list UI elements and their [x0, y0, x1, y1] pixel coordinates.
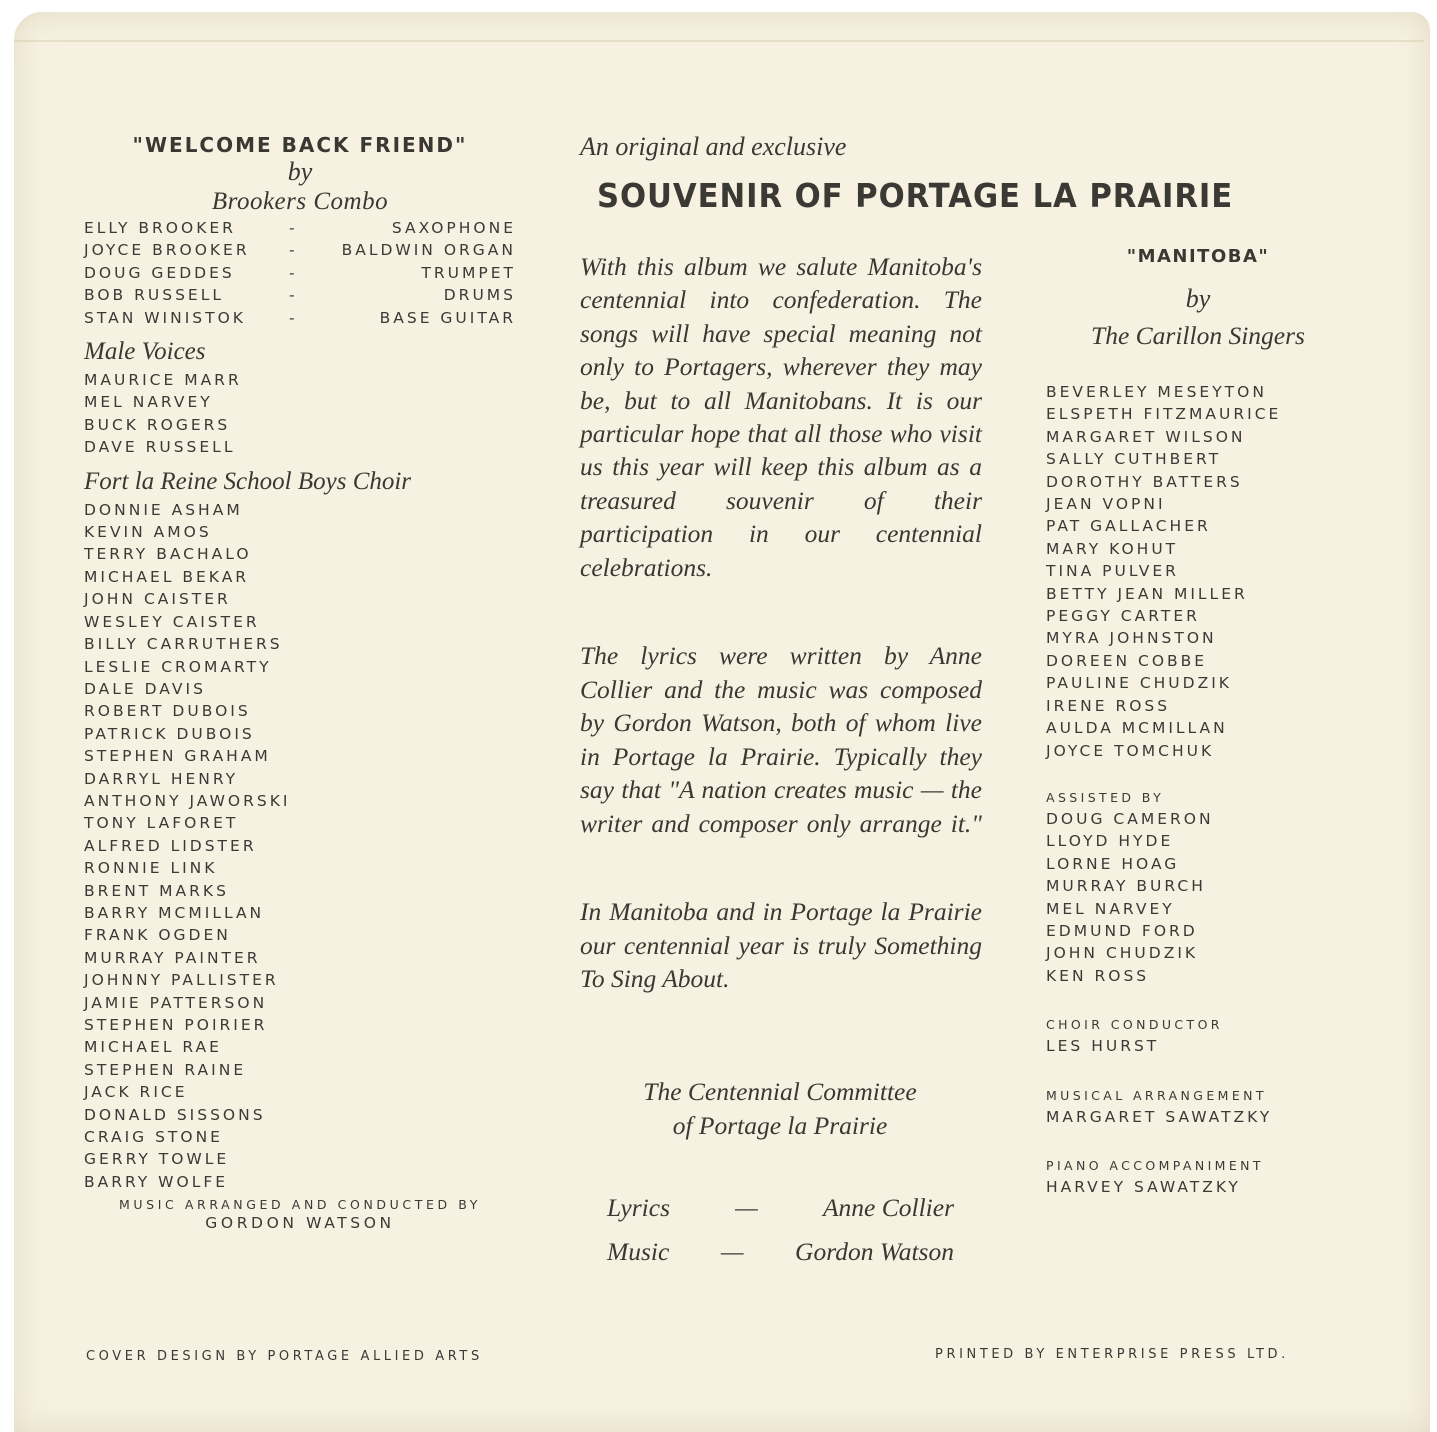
- list-item: EDMUND FORD: [1046, 920, 1336, 942]
- separator: -: [289, 239, 298, 261]
- separator: -: [289, 307, 298, 329]
- committee-line: The Centennial Committee: [580, 1075, 980, 1109]
- liner-notes: With this album we salute Manitoba's cen…: [580, 250, 982, 1018]
- list-item: MAURICE MARR: [84, 369, 516, 391]
- list-item: LORNE HOAG: [1046, 853, 1336, 875]
- list-item: MYRA JOHNSTON: [1046, 627, 1336, 649]
- list-item: BARRY WOLFE: [84, 1171, 516, 1193]
- credit-dash: —: [735, 1186, 758, 1230]
- list-item: BARRY McMILLAN: [84, 902, 516, 924]
- song-title-manitoba: "MANITOBA": [1060, 246, 1336, 267]
- list-item: MICHAEL RAE: [84, 1036, 516, 1058]
- arrangement-label: MUSICAL ARRANGEMENT: [1046, 1086, 1336, 1106]
- list-item: ELSPETH FITZMAURICE: [1046, 403, 1336, 425]
- songwriter-credits: Lyrics—Anne CollierMusic—Gordon Watson: [607, 1186, 954, 1274]
- liner-paragraph: The lyrics were written by Anne Collier …: [580, 639, 982, 873]
- list-item: FRANK OGDEN: [84, 924, 516, 946]
- member-instrument: SAXOPHONE: [298, 217, 516, 239]
- member-name: DOUG GEDDES: [84, 262, 289, 284]
- list-item: BUCK ROGERS: [84, 414, 516, 436]
- list-item: ALFRED LIDSTER: [84, 835, 516, 857]
- list-item: RONNIE LINK: [84, 857, 516, 879]
- list-item: CRAIG STONE: [84, 1126, 516, 1148]
- cover-design-credit: COVER DESIGN BY PORTAGE ALLIED ARTS: [86, 1349, 483, 1364]
- arranged-label: MUSIC ARRANGED AND CONDUCTED BY: [84, 1197, 516, 1212]
- list-item: ANTHONY JAWORSKI: [84, 790, 516, 812]
- credit-row: Lyrics—Anne Collier: [607, 1186, 954, 1230]
- band-member-row: DOUG GEDDES-TRUMPET: [84, 262, 516, 284]
- group-name: Brookers Combo: [84, 187, 516, 217]
- list-item: ROBERT DUBOIS: [84, 700, 516, 722]
- credit-name: Gordon Watson: [795, 1230, 954, 1274]
- list-item: GERRY TOWLE: [84, 1148, 516, 1170]
- male-voices-list: MAURICE MARRMEL NARVEYBUCK ROGERSDAVE RU…: [84, 369, 516, 459]
- list-item: STEPHEN RAINE: [84, 1059, 516, 1081]
- arrangement-name: MARGARET SAWATZKY: [1046, 1106, 1336, 1128]
- credit-dash: —: [721, 1230, 744, 1274]
- list-item: TINA PULVER: [1046, 560, 1336, 582]
- list-item: DONNIE ASHAM: [84, 499, 516, 521]
- list-item: WESLEY CAISTER: [84, 611, 516, 633]
- committee-signature: The Centennial Committee of Portage la P…: [580, 1075, 980, 1143]
- list-item: SALLY CUTHBERT: [1046, 448, 1336, 470]
- list-item: JOHN CAISTER: [84, 588, 516, 610]
- list-item: MARGARET WILSON: [1046, 426, 1336, 448]
- member-instrument: TRUMPET: [298, 262, 516, 284]
- committee-line: of Portage la Prairie: [580, 1109, 980, 1143]
- left-column-credits: "WELCOME BACK FRIEND" by Brookers Combo …: [84, 133, 516, 1234]
- list-item: STEPHEN POIRIER: [84, 1014, 516, 1036]
- band-member-row: STAN WINISTOK-BASE GUITAR: [84, 307, 516, 329]
- conductor-label: CHOIR CONDUCTOR: [1046, 1015, 1336, 1035]
- list-item: DARRYL HENRY: [84, 768, 516, 790]
- member-instrument: BALDWIN ORGAN: [298, 239, 516, 261]
- sleeve-fold-line: [14, 40, 1424, 42]
- list-item: JOHNNY PALLISTER: [84, 969, 516, 991]
- male-voices-title: Male Voices: [84, 335, 516, 369]
- list-item: MICHAEL BEKAR: [84, 566, 516, 588]
- list-item: KEVIN AMOS: [84, 521, 516, 543]
- list-item: JAMIE PATTERSON: [84, 992, 516, 1014]
- list-item: BRENT MARKS: [84, 880, 516, 902]
- list-item: PAULINE CHUDZIK: [1046, 672, 1336, 694]
- intro-text: An original and exclusive: [580, 132, 846, 162]
- conductor-name: LES HURST: [1046, 1035, 1336, 1057]
- member-instrument: BASE GUITAR: [298, 307, 516, 329]
- list-item: MEL NARVEY: [84, 391, 516, 413]
- printer-credit: PRINTED BY ENTERPRISE PRESS LTD.: [935, 1347, 1289, 1362]
- list-item: MURRAY PAINTER: [84, 947, 516, 969]
- list-item: MEL NARVEY: [1046, 898, 1336, 920]
- list-item: LESLIE CROMARTY: [84, 656, 516, 678]
- band-member-row: BOB RUSSELL-DRUMS: [84, 284, 516, 306]
- band-member-row: JOYCE BROOKER-BALDWIN ORGAN: [84, 239, 516, 261]
- list-item: BEVERLEY MESEYTON: [1046, 381, 1336, 403]
- credit-name: Anne Collier: [823, 1186, 954, 1230]
- member-name: STAN WINISTOK: [84, 307, 289, 329]
- list-item: DOUG CAMERON: [1046, 808, 1336, 830]
- credit-row: Music—Gordon Watson: [607, 1230, 954, 1274]
- member-name: ELLY BROOKER: [84, 217, 289, 239]
- list-item: DOROTHY BATTERS: [1046, 471, 1336, 493]
- assisted-label: ASSISTED BY: [1046, 788, 1336, 808]
- right-column-credits: "MANITOBA" by The Carillon Singers BEVER…: [1046, 246, 1336, 1198]
- list-item: DAVE RUSSELL: [84, 436, 516, 458]
- list-item: JOYCE TOMCHUK: [1046, 740, 1336, 762]
- list-item: PATRICK DUBOIS: [84, 723, 516, 745]
- arranged-name: GORDON WATSON: [84, 1212, 516, 1234]
- choir-member-list: DONNIE ASHAMKEVIN AMOSTERRY BACHALOMICHA…: [84, 499, 516, 1194]
- list-item: IRENE ROSS: [1046, 695, 1336, 717]
- separator: -: [289, 284, 298, 306]
- list-item: PAT GALLACHER: [1046, 515, 1336, 537]
- member-name: JOYCE BROOKER: [84, 239, 289, 261]
- member-instrument: DRUMS: [298, 284, 516, 306]
- liner-paragraph: In Manitoba and in Portage la Prairie ou…: [580, 895, 982, 995]
- list-item: PEGGY CARTER: [1046, 605, 1336, 627]
- list-item: TONY LAFORET: [84, 812, 516, 834]
- piano-name: HARVEY SAWATZKY: [1046, 1176, 1336, 1198]
- list-item: DALE DAVIS: [84, 678, 516, 700]
- list-item: DOREEN COBBE: [1046, 650, 1336, 672]
- list-item: AULDA McMILLAN: [1046, 717, 1336, 739]
- song-title-welcome-back-friend: "WELCOME BACK FRIEND": [84, 133, 516, 157]
- credit-role: Lyrics: [607, 1186, 670, 1230]
- list-item: BETTY JEAN MILLER: [1046, 583, 1336, 605]
- list-item: JEAN VOPNI: [1046, 493, 1336, 515]
- list-item: TERRY BACHALO: [84, 543, 516, 565]
- separator: -: [289, 217, 298, 239]
- list-item: LLOYD HYDE: [1046, 830, 1336, 852]
- by-label: by: [1060, 279, 1336, 319]
- piano-label: PIANO ACCOMPANIMENT: [1046, 1156, 1336, 1176]
- credit-role: Music: [607, 1230, 669, 1274]
- assisted-list: DOUG CAMERONLLOYD HYDELORNE HOAGMURRAY B…: [1046, 808, 1336, 987]
- page-title: SOUVENIR OF PORTAGE LA PRAIRIE: [597, 176, 1233, 215]
- list-item: JOHN CHUDZIK: [1046, 942, 1336, 964]
- band-member-list: ELLY BROOKER-SAXOPHONEJOYCE BROOKER-BALD…: [84, 217, 516, 329]
- separator: -: [289, 262, 298, 284]
- liner-paragraph: With this album we salute Manitoba's cen…: [580, 250, 982, 617]
- list-item: STEPHEN GRAHAM: [84, 745, 516, 767]
- band-member-row: ELLY BROOKER-SAXOPHONE: [84, 217, 516, 239]
- group-name: The Carillon Singers: [1060, 319, 1336, 353]
- choir-title: Fort la Reine School Boys Choir: [84, 465, 516, 499]
- list-item: MARY KOHUT: [1046, 538, 1336, 560]
- list-item: JACK RICE: [84, 1081, 516, 1103]
- list-item: MURRAY BURCH: [1046, 875, 1336, 897]
- list-item: DONALD SISSONS: [84, 1104, 516, 1126]
- member-name: BOB RUSSELL: [84, 284, 289, 306]
- by-label: by: [84, 157, 516, 187]
- singer-list: BEVERLEY MESEYTONELSPETH FITZMAURICEMARG…: [1046, 381, 1336, 762]
- list-item: KEN ROSS: [1046, 965, 1336, 987]
- list-item: BILLY CARRUTHERS: [84, 633, 516, 655]
